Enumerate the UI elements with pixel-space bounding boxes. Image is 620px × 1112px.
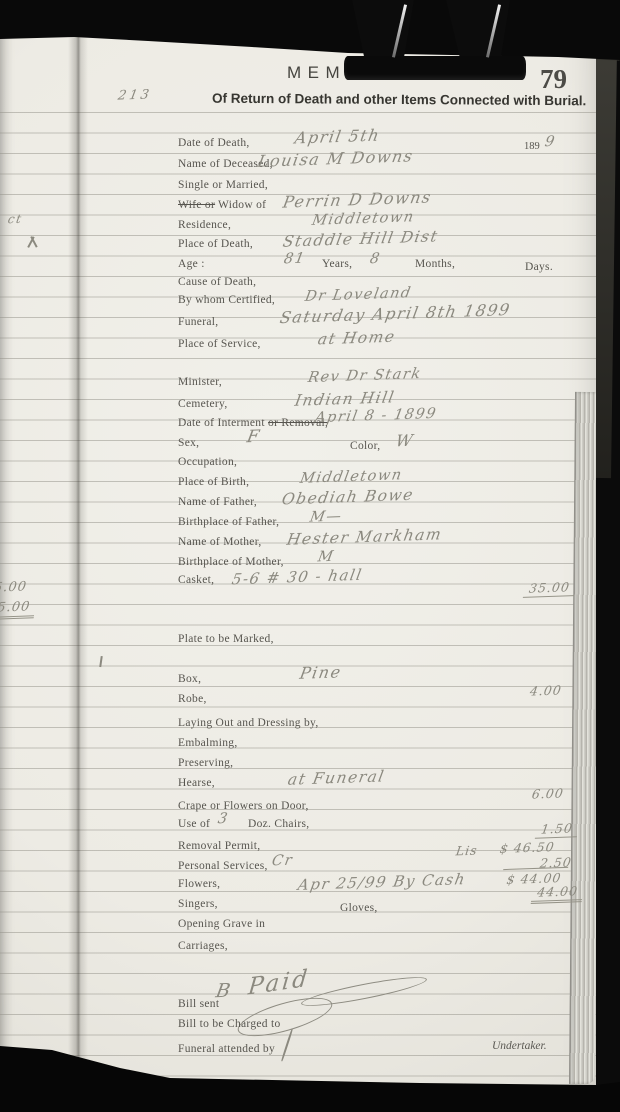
field-label-occupation: Occupation, [178, 456, 237, 468]
field-label-birthplace-of-mother: Birthplace of Mother, [178, 556, 284, 568]
field-label-doz-chairs: Doz. Chairs, [248, 818, 309, 830]
field-label-hearse: Hearse, [178, 777, 215, 789]
field-label-casket: Casket, [178, 574, 214, 586]
amount-subtotal: $ 46.50 [499, 839, 556, 856]
field-value-birthplace-of-father: M— [309, 508, 344, 525]
field-label-gloves: Gloves, [340, 902, 378, 914]
amount-chairs: 1.50 [535, 820, 579, 839]
field-label-personal-services: Personal Services, [178, 860, 268, 872]
field-label-funeral: Funeral, [178, 316, 218, 328]
page-subtitle: Of Return of Death and other Items Conne… [212, 91, 586, 109]
field-label-use-of: Use of [178, 818, 210, 830]
field-label-carriages: Carriages, [178, 940, 228, 952]
field-label-bill-sent: Bill sent [178, 998, 219, 1010]
ledger-number: 213 [117, 87, 153, 103]
binder-clip-body [344, 56, 526, 80]
field-value-cemetery: Indian Hill [293, 388, 396, 410]
field-label-preserving: Preserving, [178, 757, 233, 769]
field-value-place-of-service: at Home [316, 328, 397, 349]
field-value-hearse: at Funeral [286, 767, 386, 789]
field-label-minister: Minister, [178, 376, 222, 388]
struck-text: Wife or [178, 199, 215, 211]
field-label-laying-out: Laying Out and Dressing by, [178, 717, 319, 729]
amount-box: 4.00 [529, 682, 563, 698]
field-label-flowers: Flowers, [178, 878, 220, 890]
field-label-single-or-married: Single or Married, [178, 179, 268, 191]
field-label-embalming: Embalming, [178, 737, 238, 749]
field-label-date-of-death: Date of Death, [178, 137, 250, 149]
field-label-years: Years, [322, 258, 352, 270]
field-label-bill-charged: Bill to be Charged to [178, 1018, 281, 1030]
ledger-page: ct 5.00 5.00 213 MEMORANDUM 79 Of Return… [0, 0, 620, 1112]
field-label-funeral-attended: Funeral attended by [178, 1043, 275, 1055]
field-label-sex: Sex, [178, 437, 199, 449]
page-edge-stack [569, 392, 601, 1084]
field-label-singers: Singers, [178, 898, 218, 910]
scanned-ledger-photo: ct 5.00 5.00 213 MEMORANDUM 79 Of Return… [0, 0, 620, 1112]
field-label-cemetery: Cemetery, [178, 398, 228, 410]
field-value-box: Pine [298, 662, 343, 683]
field-value-color: W [394, 431, 415, 451]
margin-note: ct [7, 212, 24, 227]
amount-annotation: Lis [455, 843, 479, 859]
field-label-box: Box, [178, 673, 201, 685]
field-label-birthplace-of-father: Birthplace of Father, [178, 516, 279, 528]
field-label-days: Days. [525, 261, 553, 273]
page-gutter-shadow [68, 36, 88, 1090]
field-label-by-whom-certified: By whom Certified, [178, 294, 275, 306]
field-label-place-of-birth: Place of Birth, [178, 476, 249, 488]
amount-paid: 44.00 [531, 883, 584, 904]
field-label-age: Age : [178, 258, 205, 270]
field-value-age-years: 81 [283, 251, 307, 268]
field-label-crape: Crape or Flowers on Door, [178, 800, 309, 812]
field-label-opening-grave: Opening Grave in [178, 918, 265, 930]
margin-amount-paid: 5.00 [0, 599, 36, 620]
field-label-place-of-service: Place of Service, [178, 338, 261, 350]
field-label-color: Color, [350, 440, 380, 452]
label-text: Widow of [218, 199, 266, 211]
field-label-residence: Residence, [178, 219, 231, 231]
page-number: 79 [540, 64, 567, 95]
field-value-personal-services: Cr [271, 853, 295, 870]
field-label-removal-permit: Removal Permit, [178, 840, 260, 852]
field-label-name-of-father: Name of Father, [178, 496, 257, 508]
field-label-name-of-mother: Name of Mother, [178, 536, 262, 548]
field-label-cause-of-death: Cause of Death, [178, 276, 256, 288]
field-label-plate: Plate to be Marked, [178, 633, 274, 645]
field-label-months: Months, [415, 258, 455, 270]
margin-amount: 5.00 [0, 579, 28, 595]
field-label-wife-or-widow: Wife or Widow of [178, 199, 266, 211]
amount-casket: 35.00 [523, 579, 576, 598]
field-label-robe: Robe, [178, 693, 207, 705]
field-value-birthplace-of-mother: M [317, 549, 336, 566]
amount-hearse: 6.00 [531, 785, 565, 801]
undertaker-label: Undertaker. [492, 1040, 547, 1052]
field-value-date-of-death: April 5th [293, 125, 382, 147]
year-printed: 189 [524, 141, 540, 152]
field-label-place-of-death: Place of Death, [178, 238, 253, 250]
